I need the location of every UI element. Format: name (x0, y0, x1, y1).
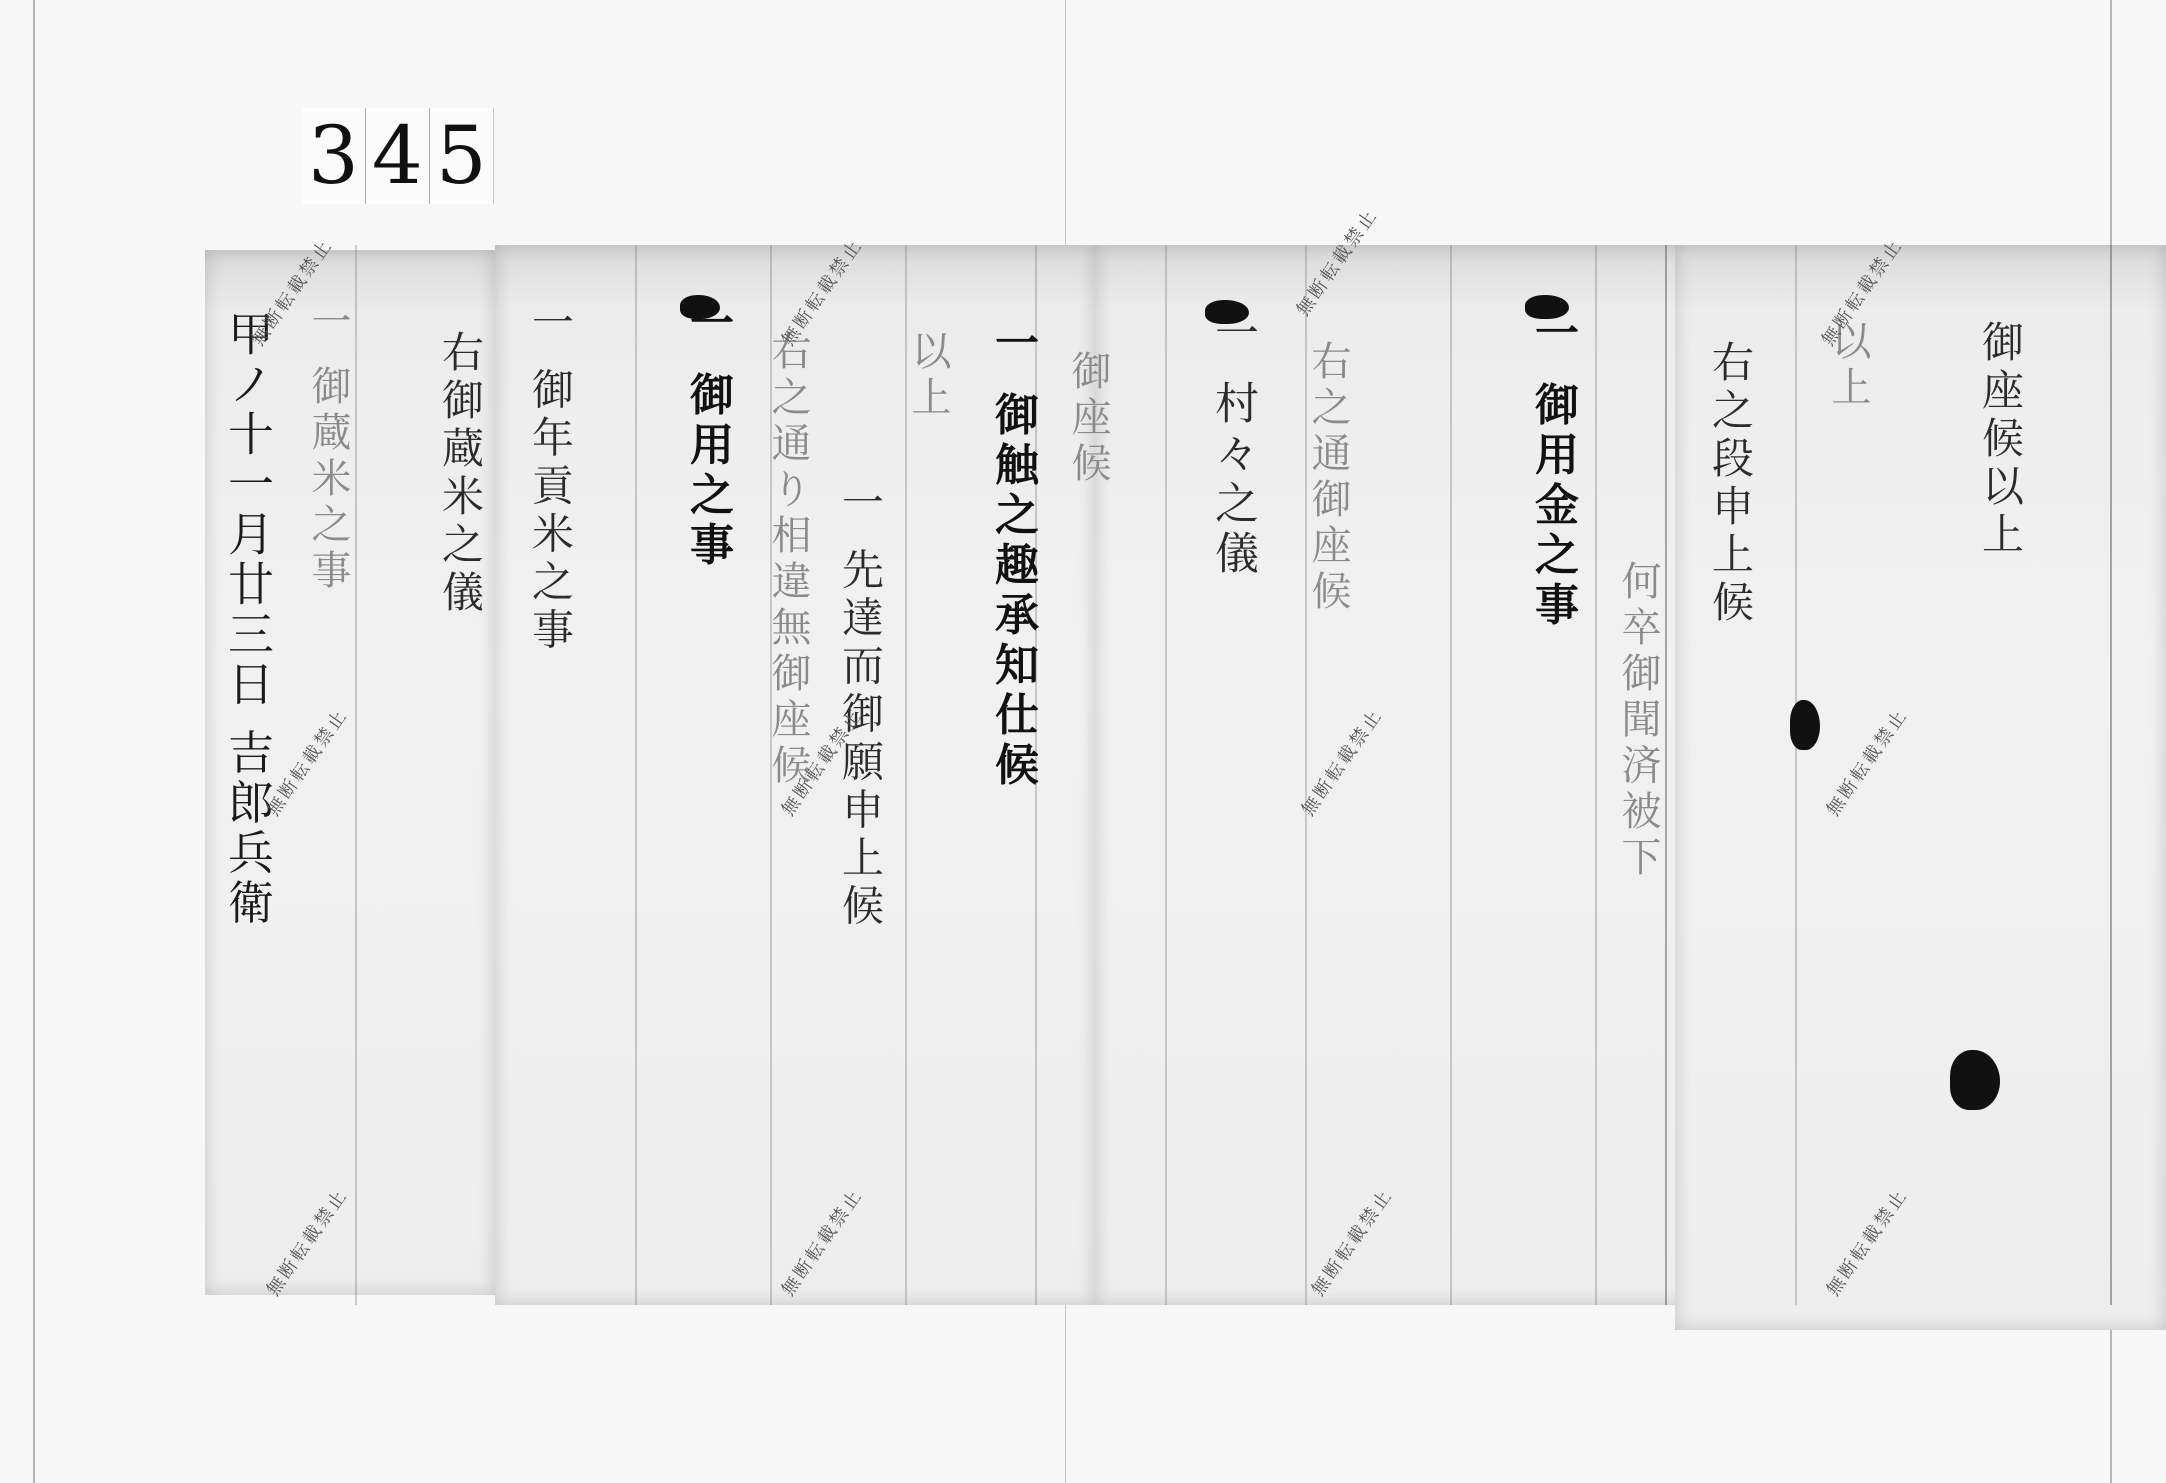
text-column: 以上 (900, 330, 957, 422)
page-number-digit: 4 (366, 108, 430, 204)
margin-annotation: 甲ノ十一月廿三日 吉郎兵衛 (215, 310, 281, 929)
text-column: 何卒御聞済被下 (1610, 560, 1667, 882)
fold-line (1450, 245, 1452, 1305)
fold-line (1165, 245, 1167, 1305)
text-column: 一 御用之事 (675, 300, 739, 571)
ink-mark (1790, 700, 1820, 750)
ink-mark (1950, 1050, 2000, 1110)
fold-line (1595, 245, 1597, 1305)
fold-line (635, 245, 637, 1305)
fold-line (1795, 245, 1797, 1305)
text-column: 一 先達而御願申上候 (830, 480, 890, 931)
text-column: 右之通り相違無御座候 (760, 330, 817, 790)
text-column: 右之通御座候 (1300, 340, 1357, 616)
ink-mark (1205, 300, 1249, 324)
ink-mark (1525, 295, 1569, 319)
ink-mark (680, 295, 720, 319)
text-column: 右御蔵米之儀 (430, 330, 490, 618)
text-column: 御座候 (1060, 350, 1117, 488)
text-column: 右之段申上候 (1700, 340, 1760, 628)
text-column: 御座候以上 (1970, 320, 2030, 560)
page-number-label: 3 4 5 (302, 108, 494, 204)
page-number-digit: 3 (302, 108, 366, 204)
scanner-edge-line-left (33, 0, 35, 1483)
text-column: 一 村々之儀 (1200, 310, 1264, 580)
page-number-digit: 5 (430, 108, 494, 204)
text-column: 一 御年貢米之事 (520, 300, 580, 655)
text-column: 一 御触之趣承知仕候 (980, 320, 1044, 791)
text-column: 一 御用金之事 (1520, 310, 1584, 631)
text-column: 一 御蔵米之事 (300, 300, 357, 595)
sheet-join-line (2110, 245, 2112, 1305)
